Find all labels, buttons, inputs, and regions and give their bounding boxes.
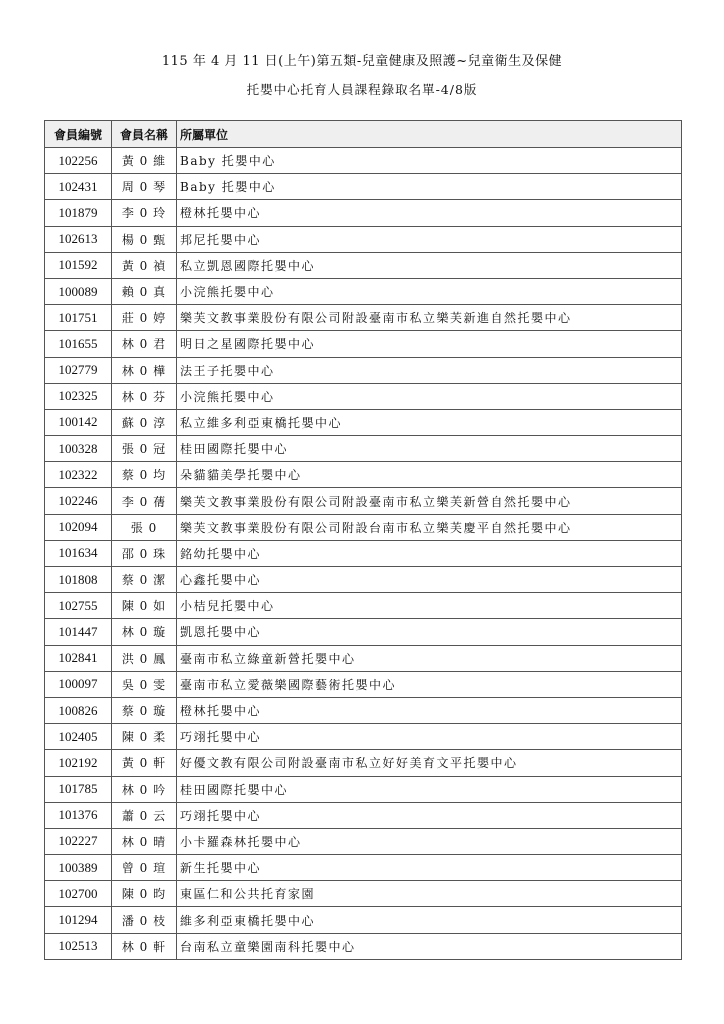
member-id-cell: 101294 bbox=[45, 907, 112, 933]
affiliation-cell: 樂芙文教事業股份有限公司附設臺南市私立樂芙新進自然托嬰中心 bbox=[177, 305, 682, 331]
table-row: 102755陳 0 如小桔兒托嬰中心 bbox=[45, 593, 682, 619]
member-name-cell: 周 0 琴 bbox=[112, 174, 177, 200]
affiliation-cell: 凱恩托嬰中心 bbox=[177, 619, 682, 645]
member-id-cell: 102755 bbox=[45, 593, 112, 619]
table-row: 102513林 0 軒台南私立童樂園南科托嬰中心 bbox=[45, 933, 682, 959]
affiliation-cell: 朵貓貓美學托嬰中心 bbox=[177, 462, 682, 488]
member-id-cell: 102325 bbox=[45, 383, 112, 409]
affiliation-cell: 臺南市私立愛薇樂國際藝術托嬰中心 bbox=[177, 671, 682, 697]
member-name-cell: 林 0 芬 bbox=[112, 383, 177, 409]
affiliation-cell: 巧翊托嬰中心 bbox=[177, 724, 682, 750]
member-id-cell: 101879 bbox=[45, 200, 112, 226]
affiliation-cell: 小浣熊托嬰中心 bbox=[177, 278, 682, 304]
member-name-cell: 陳 0 柔 bbox=[112, 724, 177, 750]
member-id-cell: 102700 bbox=[45, 881, 112, 907]
table-row: 102613楊 0 甄邦尼托嬰中心 bbox=[45, 226, 682, 252]
member-name-cell: 林 0 樺 bbox=[112, 357, 177, 383]
member-id-cell: 102192 bbox=[45, 750, 112, 776]
table-row: 102192黃 0 軒好優文教有限公司附設臺南市私立好好美育文平托嬰中心 bbox=[45, 750, 682, 776]
member-name-cell: 蔡 0 均 bbox=[112, 462, 177, 488]
affiliation-cell: 樂芙文教事業股份有限公司附設臺南市私立樂芙新營自然托嬰中心 bbox=[177, 488, 682, 514]
member-id-cell: 100142 bbox=[45, 409, 112, 435]
member-id-cell: 101447 bbox=[45, 619, 112, 645]
member-name-cell: 林 0 璇 bbox=[112, 619, 177, 645]
member-name-cell: 邵 0 珠 bbox=[112, 540, 177, 566]
affiliation-cell: 東區仁和公共托育家園 bbox=[177, 881, 682, 907]
member-name-cell: 賴 0 真 bbox=[112, 278, 177, 304]
table-row: 100142蘇 0 淳私立維多利亞東橋托嬰中心 bbox=[45, 409, 682, 435]
affiliation-cell: 巧翊托嬰中心 bbox=[177, 802, 682, 828]
table-row: 102405陳 0 柔巧翊托嬰中心 bbox=[45, 724, 682, 750]
affiliation-cell: 樂芙文教事業股份有限公司附設台南市私立樂芙慶平自然托嬰中心 bbox=[177, 514, 682, 540]
table-row: 102431周 0 琴Baby 托嬰中心 bbox=[45, 174, 682, 200]
affiliation-cell: 好優文教有限公司附設臺南市私立好好美育文平托嬰中心 bbox=[177, 750, 682, 776]
affiliation-cell: 明日之星國際托嬰中心 bbox=[177, 331, 682, 357]
member-name-cell: 吳 0 雯 bbox=[112, 671, 177, 697]
table-row: 101879李 0 玲橙林托嬰中心 bbox=[45, 200, 682, 226]
member-id-cell: 102405 bbox=[45, 724, 112, 750]
table-row: 102094張 0樂芙文教事業股份有限公司附設台南市私立樂芙慶平自然托嬰中心 bbox=[45, 514, 682, 540]
table-row: 102779林 0 樺法王子托嬰中心 bbox=[45, 357, 682, 383]
member-name-cell: 蘇 0 淳 bbox=[112, 409, 177, 435]
column-header-member-id: 會員編號 bbox=[45, 121, 112, 148]
member-id-cell: 102322 bbox=[45, 462, 112, 488]
table-row: 102256黃 0 維Baby 托嬰中心 bbox=[45, 148, 682, 174]
affiliation-cell: 橙林托嬰中心 bbox=[177, 200, 682, 226]
affiliation-cell: 新生托嬰中心 bbox=[177, 855, 682, 881]
affiliation-cell: 台南私立童樂園南科托嬰中心 bbox=[177, 933, 682, 959]
affiliation-cell: 小桔兒托嬰中心 bbox=[177, 593, 682, 619]
member-id-cell: 100097 bbox=[45, 671, 112, 697]
affiliation-cell: 法王子托嬰中心 bbox=[177, 357, 682, 383]
table-row: 101655林 0 君明日之星國際托嬰中心 bbox=[45, 331, 682, 357]
table-row: 100389曾 0 瑄新生托嬰中心 bbox=[45, 855, 682, 881]
affiliation-cell: 桂田國際托嬰中心 bbox=[177, 436, 682, 462]
member-id-cell: 101785 bbox=[45, 776, 112, 802]
affiliation-cell: 私立凱恩國際托嬰中心 bbox=[177, 252, 682, 278]
member-name-cell: 林 0 君 bbox=[112, 331, 177, 357]
member-name-cell: 蔡 0 璇 bbox=[112, 697, 177, 723]
member-id-cell: 101655 bbox=[45, 331, 112, 357]
member-id-cell: 101376 bbox=[45, 802, 112, 828]
table-row: 100328張 0 冠桂田國際托嬰中心 bbox=[45, 436, 682, 462]
member-name-cell: 陳 0 如 bbox=[112, 593, 177, 619]
table-row: 101592黃 0 禎私立凱恩國際托嬰中心 bbox=[45, 252, 682, 278]
table-row: 102227林 0 晴小卡羅森林托嬰中心 bbox=[45, 828, 682, 854]
table-row: 102700陳 0 昀東區仁和公共托育家園 bbox=[45, 881, 682, 907]
member-name-cell: 蔡 0 潔 bbox=[112, 567, 177, 593]
table-row: 101634邵 0 珠銘幼托嬰中心 bbox=[45, 540, 682, 566]
affiliation-cell: 橙林托嬰中心 bbox=[177, 697, 682, 723]
member-name-cell: 林 0 晴 bbox=[112, 828, 177, 854]
member-id-cell: 102431 bbox=[45, 174, 112, 200]
affiliation-cell: 心鑫托嬰中心 bbox=[177, 567, 682, 593]
affiliation-cell: Baby 托嬰中心 bbox=[177, 174, 682, 200]
member-id-cell: 100389 bbox=[45, 855, 112, 881]
table-body: 102256黃 0 維Baby 托嬰中心102431周 0 琴Baby 托嬰中心… bbox=[45, 148, 682, 960]
document-subtitle: 托嬰中心托育人員課程錄取名單-4/8版 bbox=[0, 80, 724, 98]
member-id-cell: 101592 bbox=[45, 252, 112, 278]
affiliation-cell: 邦尼托嬰中心 bbox=[177, 226, 682, 252]
member-name-cell: 林 0 軒 bbox=[112, 933, 177, 959]
document-title: 115 年 4 月 11 日(上午)第五類-兒童健康及照護~兒童衛生及保健 bbox=[0, 50, 724, 69]
table-row: 101376蕭 0 云巧翊托嬰中心 bbox=[45, 802, 682, 828]
table-row: 102325林 0 芬小浣熊托嬰中心 bbox=[45, 383, 682, 409]
member-id-cell: 100826 bbox=[45, 697, 112, 723]
member-name-cell: 曾 0 瑄 bbox=[112, 855, 177, 881]
table-header-row: 會員編號 會員名稱 所屬單位 bbox=[45, 121, 682, 148]
table-row: 102322蔡 0 均朵貓貓美學托嬰中心 bbox=[45, 462, 682, 488]
table-row: 101751莊 0 婷樂芙文教事業股份有限公司附設臺南市私立樂芙新進自然托嬰中心 bbox=[45, 305, 682, 331]
member-id-cell: 102841 bbox=[45, 645, 112, 671]
member-name-cell: 黃 0 禎 bbox=[112, 252, 177, 278]
admission-roster-table: 會員編號 會員名稱 所屬單位 102256黃 0 維Baby 托嬰中心10243… bbox=[44, 120, 682, 960]
table-row: 100089賴 0 真小浣熊托嬰中心 bbox=[45, 278, 682, 304]
member-id-cell: 102513 bbox=[45, 933, 112, 959]
member-id-cell: 101808 bbox=[45, 567, 112, 593]
table-row: 100097吳 0 雯臺南市私立愛薇樂國際藝術托嬰中心 bbox=[45, 671, 682, 697]
table-row: 101808蔡 0 潔心鑫托嬰中心 bbox=[45, 567, 682, 593]
table-row: 102246李 0 蒨樂芙文教事業股份有限公司附設臺南市私立樂芙新營自然托嬰中心 bbox=[45, 488, 682, 514]
member-name-cell: 張 0 bbox=[112, 514, 177, 540]
table-row: 101785林 0 吟桂田國際托嬰中心 bbox=[45, 776, 682, 802]
member-name-cell: 黃 0 維 bbox=[112, 148, 177, 174]
column-header-affiliation: 所屬單位 bbox=[177, 121, 682, 148]
affiliation-cell: 維多利亞東橋托嬰中心 bbox=[177, 907, 682, 933]
member-name-cell: 莊 0 婷 bbox=[112, 305, 177, 331]
member-name-cell: 李 0 玲 bbox=[112, 200, 177, 226]
affiliation-cell: 小卡羅森林托嬰中心 bbox=[177, 828, 682, 854]
table-row: 101294潘 0 枝維多利亞東橋托嬰中心 bbox=[45, 907, 682, 933]
column-header-member-name: 會員名稱 bbox=[112, 121, 177, 148]
member-id-cell: 100328 bbox=[45, 436, 112, 462]
member-id-cell: 102246 bbox=[45, 488, 112, 514]
table-row: 100826蔡 0 璇橙林托嬰中心 bbox=[45, 697, 682, 723]
member-id-cell: 102094 bbox=[45, 514, 112, 540]
member-name-cell: 洪 0 鳳 bbox=[112, 645, 177, 671]
table-row: 102841洪 0 鳳臺南市私立綠童新營托嬰中心 bbox=[45, 645, 682, 671]
member-id-cell: 101751 bbox=[45, 305, 112, 331]
affiliation-cell: 私立維多利亞東橋托嬰中心 bbox=[177, 409, 682, 435]
affiliation-cell: 臺南市私立綠童新營托嬰中心 bbox=[177, 645, 682, 671]
member-id-cell: 101634 bbox=[45, 540, 112, 566]
member-name-cell: 陳 0 昀 bbox=[112, 881, 177, 907]
member-id-cell: 102256 bbox=[45, 148, 112, 174]
member-id-cell: 102779 bbox=[45, 357, 112, 383]
member-name-cell: 蕭 0 云 bbox=[112, 802, 177, 828]
member-name-cell: 黃 0 軒 bbox=[112, 750, 177, 776]
affiliation-cell: 銘幼托嬰中心 bbox=[177, 540, 682, 566]
affiliation-cell: 小浣熊托嬰中心 bbox=[177, 383, 682, 409]
member-name-cell: 林 0 吟 bbox=[112, 776, 177, 802]
member-name-cell: 潘 0 枝 bbox=[112, 907, 177, 933]
member-id-cell: 100089 bbox=[45, 278, 112, 304]
affiliation-cell: Baby 托嬰中心 bbox=[177, 148, 682, 174]
table-row: 101447林 0 璇凱恩托嬰中心 bbox=[45, 619, 682, 645]
member-id-cell: 102613 bbox=[45, 226, 112, 252]
member-name-cell: 張 0 冠 bbox=[112, 436, 177, 462]
affiliation-cell: 桂田國際托嬰中心 bbox=[177, 776, 682, 802]
member-id-cell: 102227 bbox=[45, 828, 112, 854]
member-name-cell: 李 0 蒨 bbox=[112, 488, 177, 514]
member-name-cell: 楊 0 甄 bbox=[112, 226, 177, 252]
